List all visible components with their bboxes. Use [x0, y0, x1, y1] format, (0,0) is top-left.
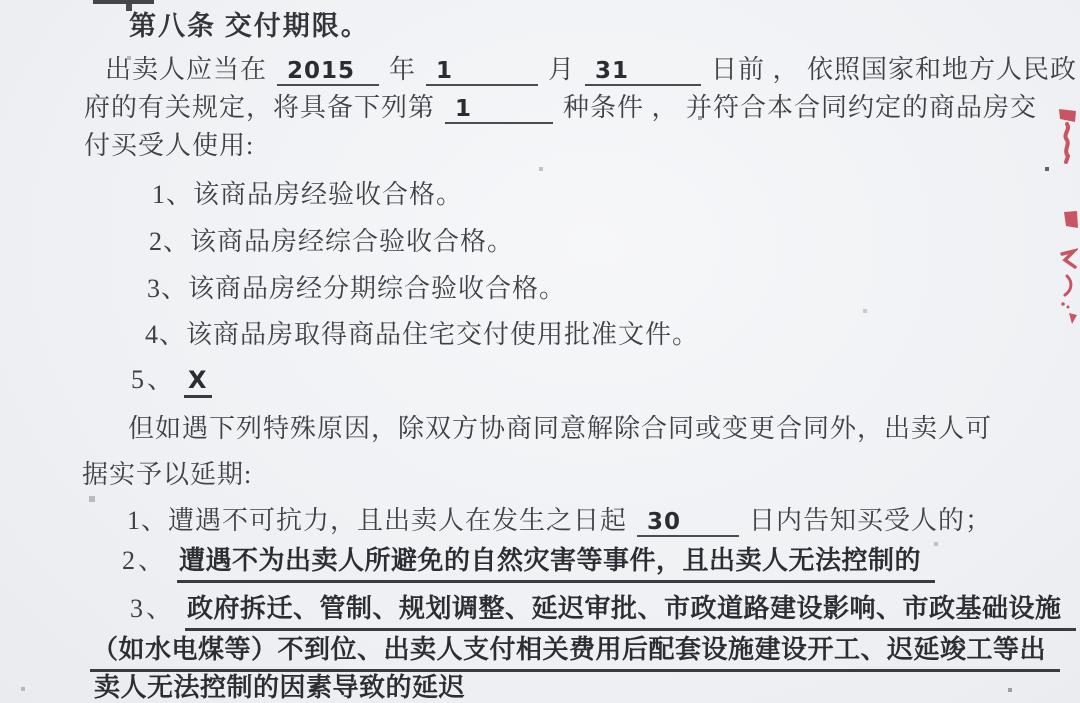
scan-noise-specks [0, 0, 2, 2]
red-stamp-fragment-lower [1058, 248, 1078, 326]
delay-1-text-b: 日内告知买受人的； [749, 506, 992, 535]
scanned-contract-page: 第八条 交付期限。 出卖人应当在2015年1月31日前 ， 依照国家和地方人民政… [0, 0, 1080, 703]
delay-3-filled-line-3: 卖人无法控制的因素导致的延迟 [92, 674, 485, 703]
intro-line-2-text-b: 种条件 ， 并符合本合同约定的商品房交 [563, 93, 1037, 122]
condition-item-5: 5、X [131, 364, 212, 398]
delay-3-filled-line-1: 政府拆迁、管制、规划调整、延迟审批、市政道路建设影响、市政基础设施 [185, 595, 1076, 631]
condition-number-filled-blank: 1 [445, 96, 553, 124]
month-unit: 月 [548, 55, 575, 84]
intro-line-3: 付买受人使用: [84, 130, 254, 162]
days-filled-blank: 30 [637, 509, 739, 537]
year-unit: 年 [389, 55, 416, 84]
delay-item-3-line-1: 3、政府拆迁、管制、规划调整、延迟审批、市政道路建设影响、市政基础设施 [130, 593, 1076, 631]
delay-2-filled-text: 遭遇不为出卖人所避免的自然灾害等事件，且出卖人无法控制的 [177, 547, 935, 583]
intro-line-1-text-a: 出卖人应当在 [105, 55, 267, 84]
intro-line-2: 府的有关规定，将具备下列第1种条件 ， 并符合本合同约定的商品房交 [84, 92, 1037, 124]
delay-item-3-line-3: 卖人无法控制的因素导致的延迟 [92, 672, 485, 703]
red-stamp-fragment-upper [1056, 106, 1078, 164]
delay-item-1: 1、遭遇不可抗力，且出卖人在发生之日起30日内告知买受人的； [127, 505, 992, 537]
intro-line-1-text-b: 日前 ， 依照国家和地方人民政 [711, 55, 1077, 84]
month-filled-blank: 1 [426, 58, 538, 86]
delay-item-3-line-2: （如水电煤等）不到位、出卖人支付相关费用后配套设施建设开工、迟延竣工等出 [90, 634, 1060, 672]
condition-5-filled-x: X [184, 367, 212, 398]
delay-intro-line-1: 但如遇下列特殊原因，除双方协商同意解除合同或变更合同外，出卖人可 [128, 413, 992, 445]
delay-2-number: 2、 [122, 546, 167, 575]
delay-3-filled-line-2: （如水电煤等）不到位、出卖人支付相关费用后配套设施建设开工、迟延竣工等出 [90, 636, 1060, 672]
red-stamp-fragment-middle [1062, 210, 1080, 232]
delay-intro-line-2: 据实予以延期: [82, 459, 252, 491]
condition-5-number: 5、 [131, 365, 176, 394]
intro-line-1: 出卖人应当在2015年1月31日前 ， 依照国家和地方人民政 [105, 54, 1077, 86]
year-filled-blank: 2015 [277, 58, 379, 86]
day-filled-blank: 31 [585, 58, 701, 86]
condition-item-4: 4、该商品房取得商品住宅交付使用批准文件。 [145, 319, 699, 351]
delay-item-2: 2、遭遇不为出卖人所避免的自然灾害等事件，且出卖人无法控制的 [122, 545, 935, 583]
delay-3-number: 3、 [130, 594, 175, 623]
condition-item-2: 2、该商品房经综合验收合格。 [149, 226, 514, 258]
condition-item-1: 1、该商品房经验收合格。 [152, 179, 463, 211]
condition-item-3: 3、该商品房经分期综合验收合格。 [147, 273, 566, 305]
delay-1-text-a: 1、遭遇不可抗力，且出卖人在发生之日起 [127, 506, 627, 535]
intro-line-2-text-a: 府的有关规定，将具备下列第 [84, 93, 435, 122]
cutoff-underline-fragment [93, 0, 154, 4]
article-heading: 第八条 交付期限。 [129, 10, 370, 42]
